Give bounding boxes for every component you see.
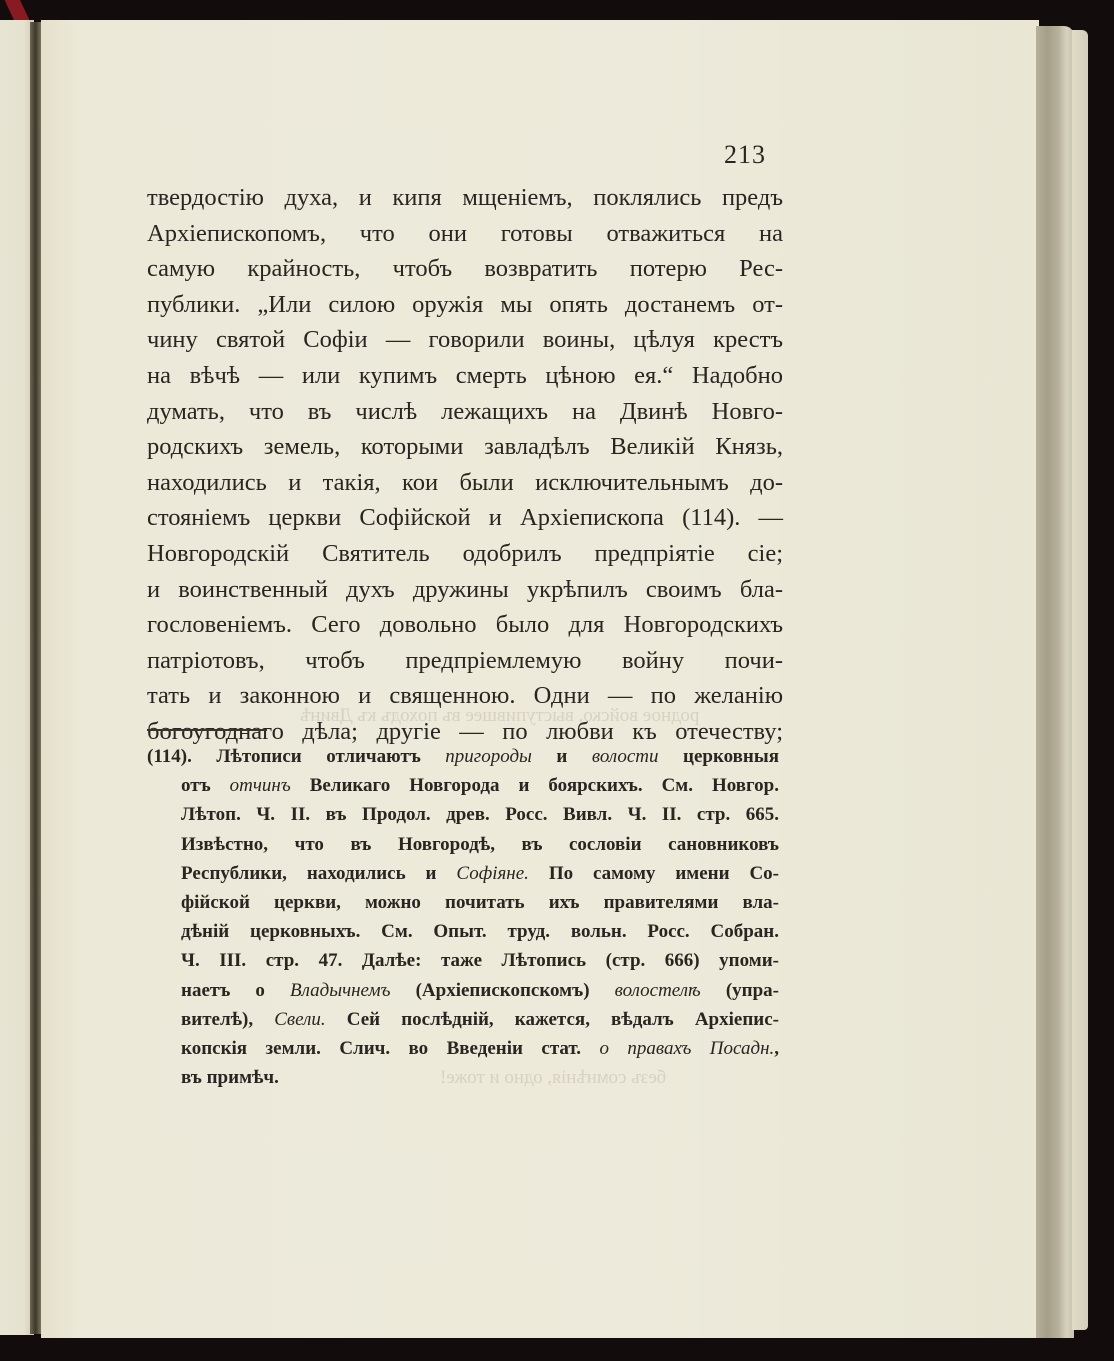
text-line: думать, что въ числѣ лежащихъ на Двинѣ Н… (147, 394, 783, 430)
text-line: находились и такія, кои были исключитель… (147, 465, 783, 501)
footnote-line: фійской церкви, можно почитать ихъ прави… (147, 888, 779, 917)
text-line: гословеніемъ. Сего довольно было для Нов… (147, 607, 783, 643)
footnote-line: вителѣ), Свели. Сей послѣдній, кажется, … (147, 1005, 779, 1034)
book-gutter (30, 22, 41, 1334)
footnote-line: дѣній церковныхъ. См. Опыт. труд. вольн.… (147, 917, 779, 946)
text-line: родскихъ земель, которыми завладѣлъ Вели… (147, 429, 783, 465)
page-fore-edge (1036, 26, 1074, 1338)
text-line: чину святой Софіи — говорили воины, цѣлу… (147, 322, 783, 358)
page-number: 213 (724, 140, 766, 170)
text-line: патріотовъ, чтобъ предпріемлемую войну п… (147, 643, 783, 679)
text-line: тать и законною и священною. Одни — по ж… (147, 678, 783, 714)
main-body-text: твердостію духа, и кипя мщеніемъ, поклял… (147, 180, 783, 750)
footnote-line: Извѣстно, что въ Новгородѣ, въ сословіи … (147, 830, 779, 859)
footnote-line: Республики, находились и Софіяне. По сам… (147, 859, 779, 888)
text-line: Новгородскій Святитель одобрилъ предпрія… (147, 536, 783, 572)
footnote-114: (114). Лѣтописи отличаютъ пригороды и во… (147, 742, 779, 1092)
text-line: твердостію духа, и кипя мщеніемъ, поклял… (147, 180, 783, 216)
text-line: и воинственный духъ дружины укрѣпилъ сво… (147, 572, 783, 608)
text-line: Архіепископомъ, что они готовы отважитьс… (147, 216, 783, 252)
left-page-edge (0, 20, 34, 1335)
text-line: на вѣчѣ — или купимъ смерть цѣною ея.“ Н… (147, 358, 783, 394)
footnote-line: (114). Лѣтописи отличаютъ пригороды и во… (147, 742, 779, 771)
footnote-separator-rule (147, 729, 267, 731)
text-line: публики. „Или силою оружія мы опять дост… (147, 287, 783, 323)
footnote-line: копскія земли. Слич. во Введеніи стат. о… (147, 1034, 779, 1063)
footnote-line: въ примѣч. (147, 1063, 779, 1092)
footnote-line: Ч. III. стр. 47. Далѣе: таже Лѣтопись (с… (147, 946, 779, 975)
footnote-line: Лѣтоп. Ч. II. въ Продол. древ. Росс. Вив… (147, 800, 779, 829)
text-line: самую крайность, чтобъ возвратить потерю… (147, 251, 783, 287)
page-fore-edge-outer (1072, 30, 1088, 1330)
text-line: стояніемъ церкви Софійской и Архіепископ… (147, 500, 783, 536)
footnote-line: отъ отчинъ Великаго Новгорода и боярских… (147, 771, 779, 800)
footnote-line: наетъ о Владычнемъ (Архіепископскомъ) во… (147, 976, 779, 1005)
